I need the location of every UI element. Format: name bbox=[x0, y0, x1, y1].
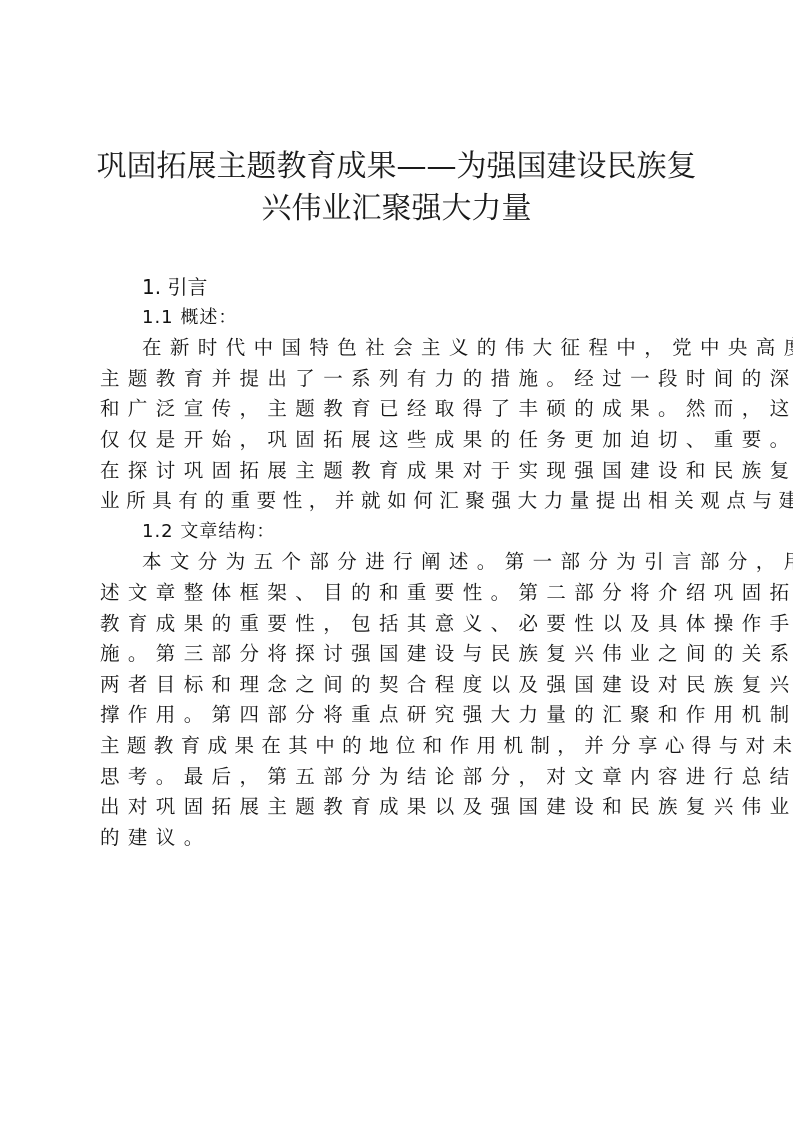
paragraph-line: 业所具有的重要性，并就如何汇聚强大力量提出相关观点与建议。 bbox=[100, 486, 692, 517]
paragraph-structure: 本文分为五个部分进行阐述。第一部分为引言部分，用以概 述文章整体框架、目的和重要… bbox=[100, 547, 692, 853]
paragraph-line: 两者目标和理念之间的契合程度以及强国建设对民族复兴的支 bbox=[100, 670, 692, 701]
paragraph-line: 主题教育并提出了一系列有力的措施。经过一段时间的深入开展 bbox=[100, 364, 692, 395]
paragraph-line: 出对巩固拓展主题教育成果以及强国建设和民族复兴伟业展望 bbox=[100, 792, 692, 823]
section-heading-introduction: 1. 引言 bbox=[100, 272, 692, 303]
subsection-heading-structure: 1.2 文章结构： bbox=[100, 517, 692, 548]
document-page: 巩固拓展主题教育成果——为强国建设民族复 兴伟业汇聚强大力量 1. 引言 1.1… bbox=[0, 0, 793, 1122]
title-line-1: 巩固拓展主题教育成果——为强国建设民族复 bbox=[60, 146, 733, 188]
paragraph-line: 在新时代中国特色社会主义的伟大征程中，党中央高度重视 bbox=[100, 333, 692, 364]
title-line-2: 兴伟业汇聚强大力量 bbox=[60, 188, 733, 230]
paragraph-line: 思考。最后，第五部分为结论部分，对文章内容进行总结，并提 bbox=[100, 762, 692, 793]
paragraph-line: 仅仅是开始，巩固拓展这些成果的任务更加迫切、重要。本文旨 bbox=[100, 425, 692, 456]
paragraph-line: 述文章整体框架、目的和重要性。第二部分将介绍巩固拓展主题 bbox=[100, 578, 692, 609]
paragraph-overview: 在新时代中国特色社会主义的伟大征程中，党中央高度重视 主题教育并提出了一系列有力… bbox=[100, 333, 692, 517]
paragraph-line: 和广泛宣传，主题教育已经取得了丰硕的成果。然而，这些成果 bbox=[100, 394, 692, 425]
paragraph-line: 教育成果的重要性，包括其意义、必要性以及具体操作手段与措 bbox=[100, 609, 692, 640]
paragraph-line: 的建议。 bbox=[100, 823, 692, 854]
paragraph-line: 撑作用。第四部分将重点研究强大力量的汇聚和作用机制，探讨 bbox=[100, 700, 692, 731]
paragraph-line: 本文分为五个部分进行阐述。第一部分为引言部分，用以概 bbox=[100, 547, 692, 578]
paragraph-line: 施。第三部分将探讨强国建设与民族复兴伟业之间的关系，包括 bbox=[100, 639, 692, 670]
subsection-heading-overview: 1.1 概述： bbox=[100, 303, 692, 334]
paragraph-line: 主题教育成果在其中的地位和作用机制，并分享心得与对未来的 bbox=[100, 731, 692, 762]
document-title: 巩固拓展主题教育成果——为强国建设民族复 兴伟业汇聚强大力量 bbox=[60, 146, 733, 230]
paragraph-line: 在探讨巩固拓展主题教育成果对于实现强国建设和民族复兴伟 bbox=[100, 456, 692, 487]
document-body: 1. 引言 1.1 概述： 在新时代中国特色社会主义的伟大征程中，党中央高度重视… bbox=[100, 272, 692, 853]
